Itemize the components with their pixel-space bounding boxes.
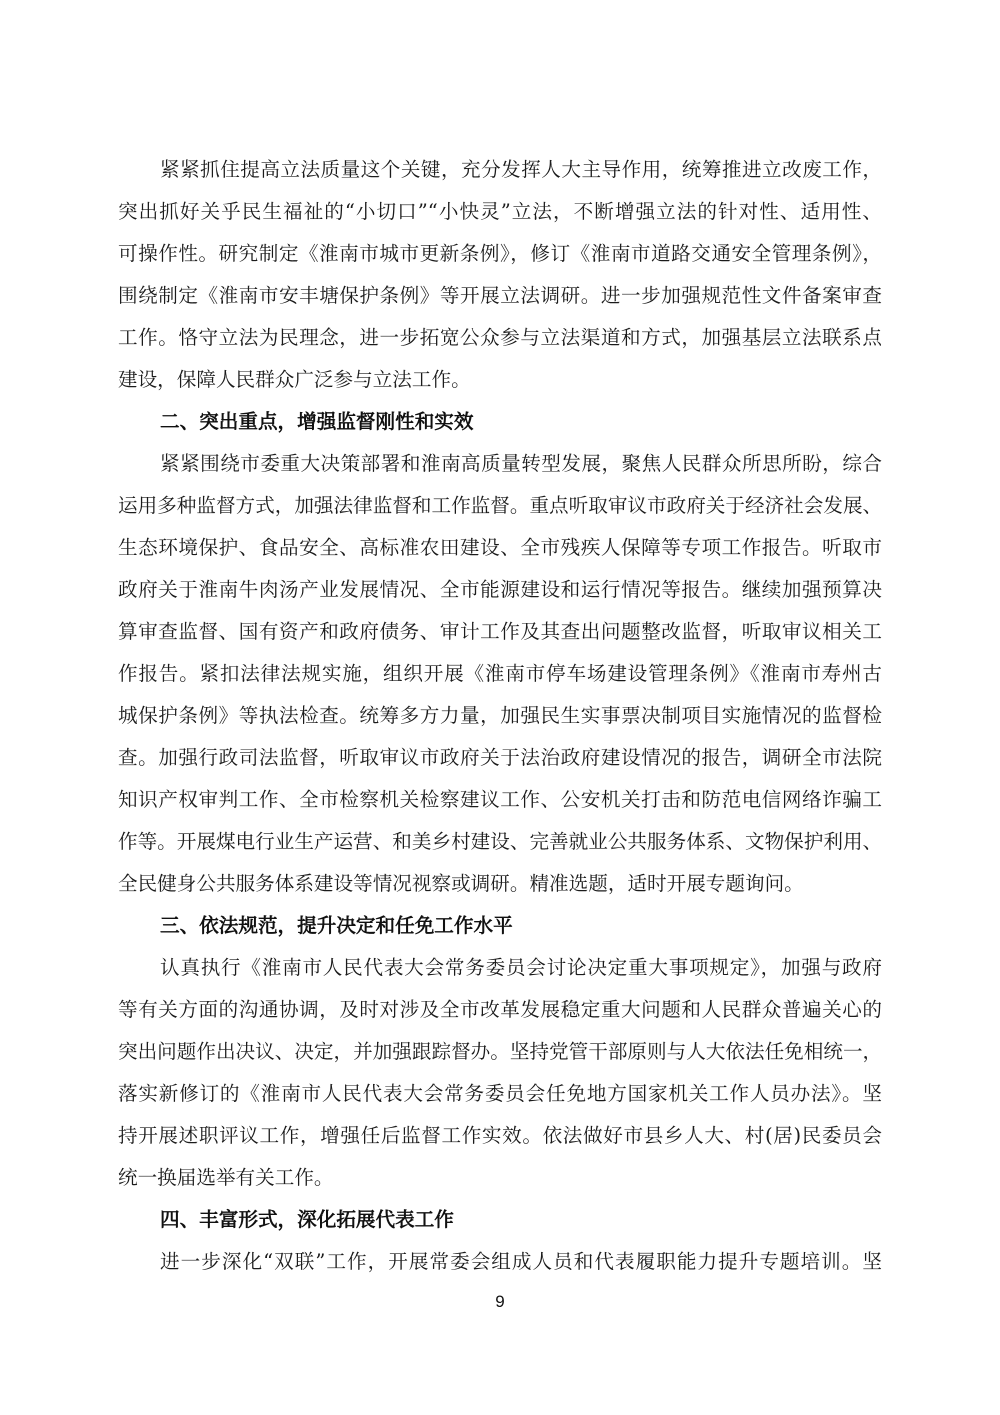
text-line: 紧紧围绕市委重大决策部署和淮南高质量转型发展，聚焦人民群众所思所盼，综合	[118, 443, 882, 485]
section-heading-supervision: 二、突出重点，增强监督刚性和实效	[118, 401, 882, 443]
paragraph-supervision: 紧紧围绕市委重大决策部署和淮南高质量转型发展，聚焦人民群众所思所盼，综合 运用多…	[118, 443, 882, 905]
text-line: 建设，保障人民群众广泛参与立法工作。	[118, 359, 882, 401]
text-line: 等有关方面的沟通协调，及时对涉及全市改革发展稳定重大问题和人民群众普遍关心的	[118, 989, 882, 1031]
text-line: 突出问题作出决议、决定，并加强跟踪督办。坚持党管干部原则与人大依法任免相统一，	[118, 1031, 882, 1073]
page-body: 紧紧抓住提高立法质量这个关键，充分发挥人大主导作用，统筹推进立改废工作， 突出抓…	[118, 149, 882, 1283]
text-line: 持开展述职评议工作，增强任后监督工作实效。依法做好市县乡人大、村(居)民委员会	[118, 1115, 882, 1157]
section-heading-decisions-appointments: 三、依法规范，提升决定和任免工作水平	[118, 905, 882, 947]
text-line: 进一步深化“双联”工作，开展常委会组成人员和代表履职能力提升专题培训。坚	[118, 1241, 882, 1283]
text-line: 紧紧抓住提高立法质量这个关键，充分发挥人大主导作用，统筹推进立改废工作，	[118, 149, 882, 191]
text-line: 政府关于淮南牛肉汤产业发展情况、全市能源建设和运行情况等报告。继续加强预算决	[118, 569, 882, 611]
text-line: 工作。恪守立法为民理念，进一步拓宽公众参与立法渠道和方式，加强基层立法联系点	[118, 317, 882, 359]
text-line: 作等。开展煤电行业生产运营、和美乡村建设、完善就业公共服务体系、文物保护利用、	[118, 821, 882, 863]
text-line: 认真执行《淮南市人民代表大会常务委员会讨论决定重大事项规定》，加强与政府	[118, 947, 882, 989]
text-line: 落实新修订的《淮南市人民代表大会常务委员会任免地方国家机关工作人员办法》。坚	[118, 1073, 882, 1115]
paragraph-deputies-work: 进一步深化“双联”工作，开展常委会组成人员和代表履职能力提升专题培训。坚	[118, 1241, 882, 1283]
text-line: 突出抓好关乎民生福祉的“小切口”“小快灵”立法，不断增强立法的针对性、适用性、	[118, 191, 882, 233]
section-heading-deputies-work: 四、丰富形式，深化拓展代表工作	[118, 1199, 882, 1241]
paragraph-legislation: 紧紧抓住提高立法质量这个关键，充分发挥人大主导作用，统筹推进立改废工作， 突出抓…	[118, 149, 882, 401]
text-line: 围绕制定《淮南市安丰塘保护条例》等开展立法调研。进一步加强规范性文件备案审查	[118, 275, 882, 317]
text-line: 统一换届选举有关工作。	[118, 1157, 882, 1199]
paragraph-decisions-appointments: 认真执行《淮南市人民代表大会常务委员会讨论决定重大事项规定》，加强与政府 等有关…	[118, 947, 882, 1199]
text-line: 全民健身公共服务体系建设等情况视察或调研。精准选题，适时开展专题询问。	[118, 863, 882, 905]
text-line: 算审查监督、国有资产和政府债务、审计工作及其查出问题整改监督，听取审议相关工	[118, 611, 882, 653]
text-line: 运用多种监督方式，加强法律监督和工作监督。重点听取审议市政府关于经济社会发展、	[118, 485, 882, 527]
text-line: 生态环境保护、食品安全、高标准农田建设、全市残疾人保障等专项工作报告。听取市	[118, 527, 882, 569]
text-line: 城保护条例》等执法检查。统筹多方力量，加强民生实事票决制项目实施情况的监督检	[118, 695, 882, 737]
document-page: 紧紧抓住提高立法质量这个关键，充分发挥人大主导作用，统筹推进立改废工作， 突出抓…	[0, 0, 1000, 1415]
page-number: 9	[480, 1290, 520, 1314]
text-line: 可操作性。研究制定《淮南市城市更新条例》，修订《淮南市道路交通安全管理条例》，	[118, 233, 882, 275]
text-line: 查。加强行政司法监督，听取审议市政府关于法治政府建设情况的报告，调研全市法院	[118, 737, 882, 779]
text-line: 知识产权审判工作、全市检察机关检察建议工作、公安机关打击和防范电信网络诈骗工	[118, 779, 882, 821]
text-line: 作报告。紧扣法律法规实施，组织开展《淮南市停车场建设管理条例》《淮南市寿州古	[118, 653, 882, 695]
